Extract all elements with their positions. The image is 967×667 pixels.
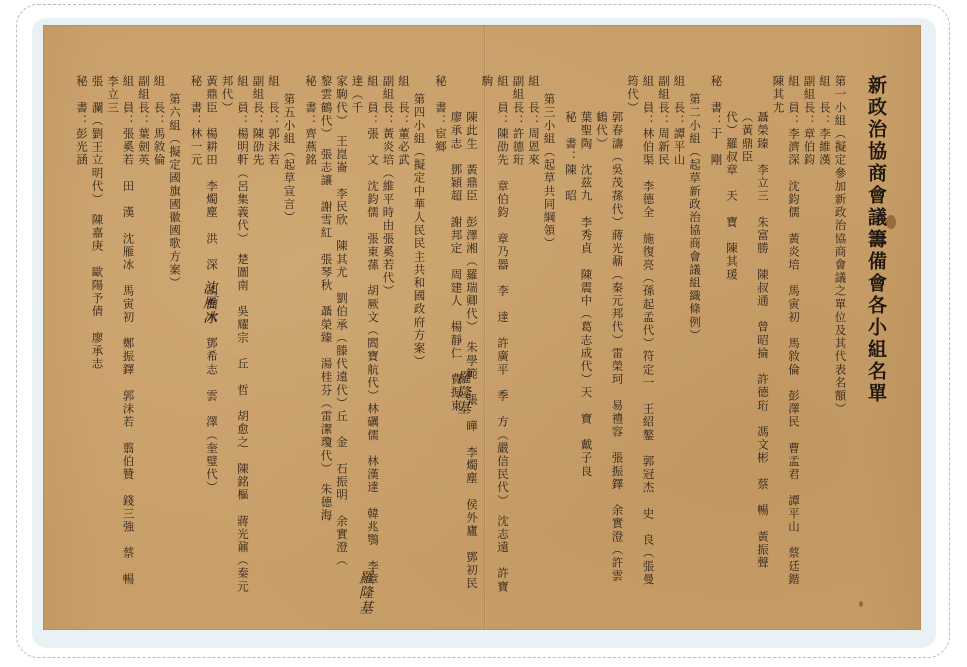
group-heading: 第五小組（起草宣言） (281, 93, 297, 595)
group-deputy: 副組長：陳劭先 (250, 75, 266, 595)
group-deputy: 副組長：許德珩 (510, 75, 526, 595)
group-secretary: 秘 書：于 剛 (708, 75, 724, 595)
group-heading: 第二小組（起草新政治協商會議組織條例） (687, 93, 703, 595)
group-members: 組 員：林伯渠 李德全 施復亮（孫起孟代）符定一 王紹鏊 郭冠杰 史 良（張曼筠… (625, 75, 656, 595)
group-members: 郭春濤（吳茂蓀代）蔣光鼐（秦元邦代）雷榮珂 易禮容 張振鐸 余實澄（許雲鶴代） (594, 111, 625, 595)
document-title: 新政治協商會議籌備會各小組名單 (868, 75, 884, 595)
group-members: 聶榮臻 李立三 朱富勝 陳叔通 曾昭掄 許德珩 馮文彬 蔡 暢 黃振聲（黃鼎臣 (739, 111, 770, 595)
group-members: 黃鼎臣 楊耕田 李燭塵 洪 深 胡喬木 鄧希志 雲 澤（奎璧代） (204, 75, 220, 595)
group-members: 組 員：李濟深 沈鈞儒 黃炎培 馬寅初 馬敘倫 彭澤民 曹孟君 譚平山 蔡廷鍇 … (770, 75, 801, 595)
group-members: 家駒代） 王崑崙 李民欣 陳其尤 劉伯承（滕代遠代）丘 金 石振明 余實澄（ (334, 75, 350, 595)
group-heading: 第六組（擬定國旗國徽國歌方案） (167, 93, 183, 595)
group-leader: 組 長：譚平山 (671, 75, 687, 595)
group-members: 代）羅叔章 天 寶 陳其瑗 (724, 111, 740, 595)
group-secretary: 秘 書：宦鄉 (433, 75, 449, 595)
group-1: 第一小組（擬定參加新政治協商會議之單位及其代表名額） 組 長：李維漢 副組長：章… (708, 75, 848, 595)
group-leader: 組 長：馬敘倫 (151, 75, 167, 595)
group-4: 第四小組（擬定中華人民民主共和國政府方案） 組 長：董必武 副組長：黃炎培（維平… (303, 75, 427, 595)
paper-stain (859, 601, 863, 607)
group-members: 張 瀾（劉王立明代） 陳嘉庚 歐陽予倩 廖承志 (89, 75, 105, 595)
group-secretary: 秘 書：彭光涵 (74, 75, 90, 595)
group-2: 第二小組（起草新政治協商會議組織條例） 組 長：譚平山 副組長：周新民 組 員：… (563, 75, 703, 595)
group-5: 第五小組（起草宣言） 組 長：郭沫若 副組長：陳劭先 組 員：楊明軒（呂集義代）… (188, 75, 297, 595)
scanned-document: 新政治協商會議籌備會各小組名單 第一小組（擬定參加新政治協商會議之單位及其代表名… (43, 25, 921, 630)
group-members: 組 員：張奚若 田 漢 沈雁冰 馬寅初 鄭振鐸 郭沫若 翦伯贊 錢三強 蔡 暢 … (105, 75, 136, 595)
group-6: 第六組（擬定國旗國徽國歌方案） 組 長：馬敘倫 副組長：葉劍英 組 員：張奚若 … (74, 75, 183, 595)
group-heading: 第四小組（擬定中華人民民主共和國政府方案） (411, 93, 427, 595)
group-leader: 組 長：李維漢 (817, 75, 833, 595)
handwritten-annotation: 羅隆基 (453, 370, 473, 415)
group-members: 陳此生 黃鼎臣 彭澤湘（羅瑞卿代） 朱學範 張 曄 李燭塵 侯外廬 鄧初民 (464, 111, 480, 595)
group-leader: 組 長：董必武 (396, 75, 412, 595)
group-members: 組 員：張 文 沈鈞儒 張東蓀 胡厥文（閻寶航代）林礪儒 林漢達 韓兆鶚 李章達… (349, 75, 380, 595)
group-leader: 組 長：周恩來 (526, 75, 542, 595)
group-deputy: 副組長：章伯鈞 (801, 75, 817, 595)
group-heading: 第一小組（擬定參加新政治協商會議之單位及其代表名額） (832, 75, 848, 595)
handwritten-annotation: 羅隆基 (355, 570, 375, 615)
group-secretary: 秘 書：林一元 (188, 75, 204, 595)
document-text: 新政治協商會議籌備會各小組名單 第一小組（擬定參加新政治協商會議之單位及其代表名… (68, 75, 884, 595)
paper-stain (886, 215, 896, 229)
group-heading: 第三小組（起草共同綱領） (541, 93, 557, 595)
group-3: 第三小組（起草共同綱領） 組 長：周恩來 副組長：許德珩 組 員：陳劭先 章伯鈞… (433, 75, 557, 595)
group-deputy: 副組長：葉劍英 (136, 75, 152, 595)
group-members: 廖承志 鄧穎超 謝邦定 周建人 楊靜仁 費振東 (448, 111, 464, 595)
group-secretary: 秘 書：齊燕銘 (303, 75, 319, 595)
handwritten-annotation: 沈雁冰 (199, 280, 219, 325)
group-members: 黎雲鶴代） 張志讓 謝雪紅 張琴秋 聶榮臻 湯桂芬（雷潔瓊代） 朱德海 (318, 75, 334, 595)
group-deputy: 副組長：周新民 (656, 75, 672, 595)
group-members: 葉聖陶 沈茲九 李秀貞 陳震中（葛志成代）天 寶 戴子良 (578, 111, 594, 595)
group-deputy: 副組長：黃炎培（維平時由張奚若代） (380, 75, 396, 595)
group-secretary: 秘 書：陳 昭 (563, 111, 579, 595)
group-members: 組 員：陳劭先 章伯鈞 章乃器 李 達 許廣平 季 方（嚴信民代） 沈志遠 許寶… (479, 75, 510, 595)
group-members: 組 員：楊明軒（呂集義代） 楚圖南 吳耀宗 丘 哲 胡愈之 陳銘樞 蔣光鼐（秦元… (219, 75, 250, 595)
group-leader: 組 長：郭沫若 (266, 75, 282, 595)
